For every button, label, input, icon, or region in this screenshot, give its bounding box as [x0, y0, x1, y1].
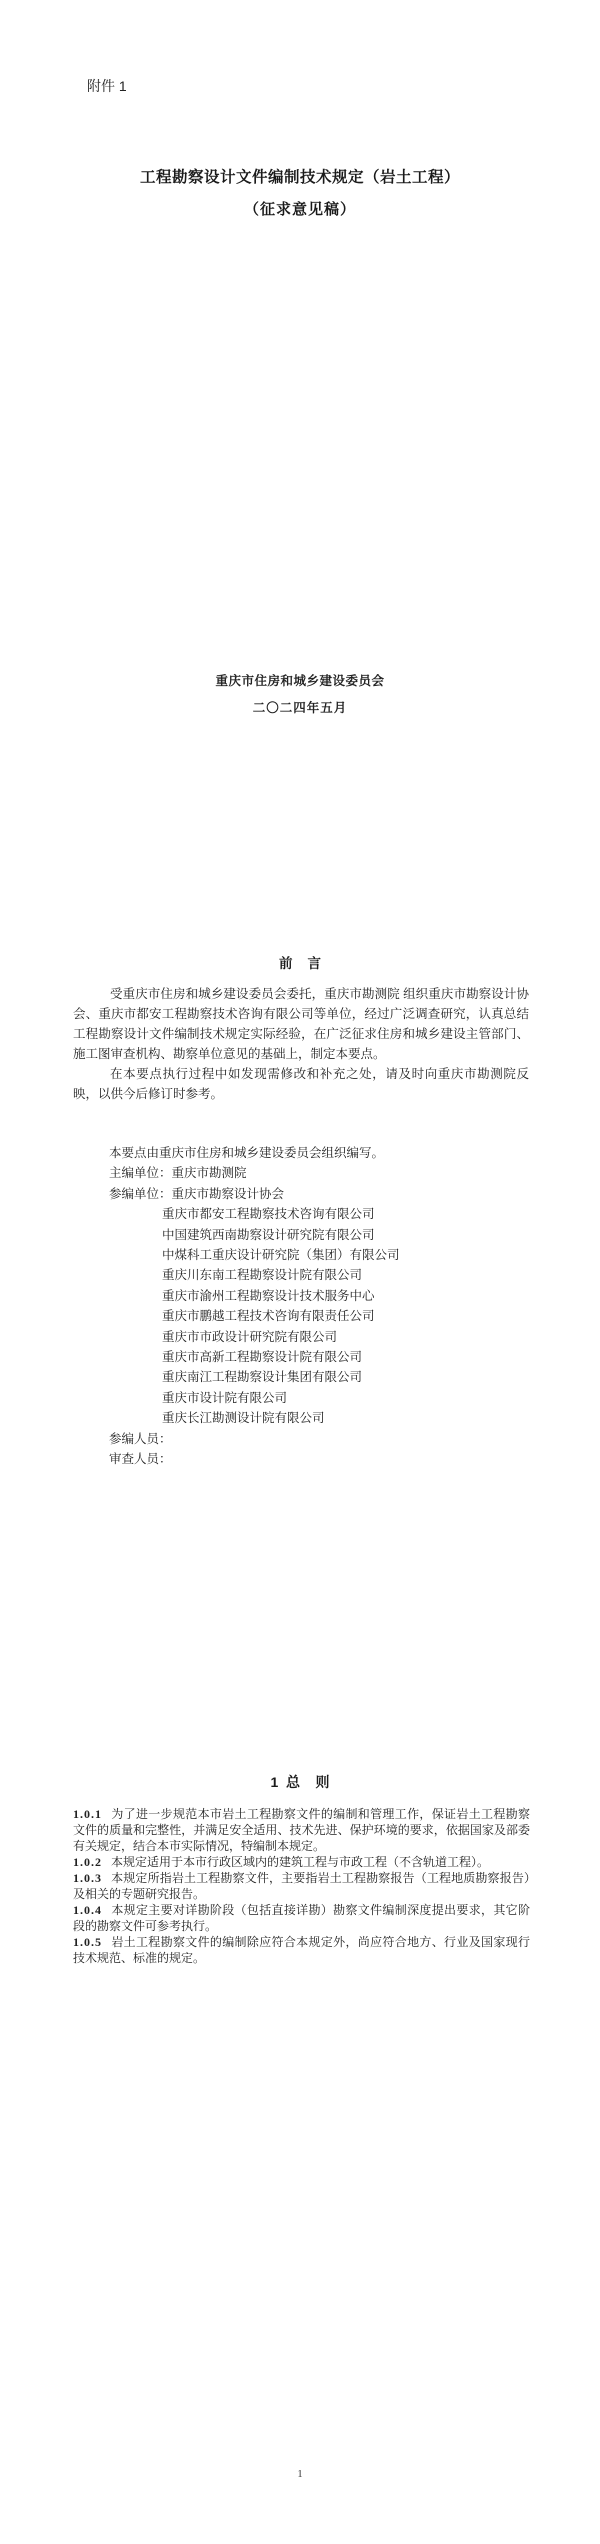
publish-date: 二〇二四年五月: [0, 698, 600, 716]
participant-org: 中煤科工重庆设计研究院（集团）有限公司: [73, 1245, 543, 1265]
participant-org: 重庆市鹏越工程技术咨询有限责任公司: [73, 1306, 543, 1326]
credits-block: 本要点由重庆市住房和城乡建设委员会组织编写。 主编单位：重庆市勘测院 参编单位：…: [73, 1143, 543, 1470]
clause-text: 岩土工程勘察文件的编制除应符合本规定外，尚应符合地方、行业及国家现行技术规范、标…: [73, 1935, 530, 1965]
clause-1-0-3: 1.0.3本规定所指岩土工程勘察文件，主要指岩土工程勘察报告（工程地质勘察报告）…: [73, 1870, 530, 1902]
clause-1-0-5: 1.0.5岩土工程勘察文件的编制除应符合本规定外，尚应符合地方、行业及国家现行技…: [73, 1934, 530, 1966]
chief-editor-line: 主编单位：重庆市勘测院: [73, 1163, 543, 1183]
participant-org: 重庆市都安工程勘察技术咨询有限公司: [73, 1204, 543, 1224]
preface-paragraph: 受重庆市住房和城乡建设委员会委托，重庆市勘测院 组织重庆市勘察设计协会、重庆市都…: [73, 984, 529, 1064]
chief-editor-value: 重庆市勘测院: [172, 1166, 247, 1180]
attachment-label: 附件 1: [87, 76, 127, 96]
chief-editor-label: 主编单位：: [109, 1166, 172, 1180]
document-page: 附件 1 工程勘察设计文件编制技术规定（岩土工程） （征求意见稿） 重庆市住房和…: [0, 0, 600, 2544]
preface-heading: 前 言: [0, 952, 600, 972]
publisher-name: 重庆市住房和城乡建设委员会: [0, 671, 600, 689]
clause-number: 1.0.4: [73, 1903, 102, 1917]
clause-number: 1.0.1: [73, 1807, 102, 1821]
document-title: 工程勘察设计文件编制技术规定（岩土工程）: [0, 165, 600, 187]
participant-org: 重庆市高新工程勘察设计院有限公司: [73, 1347, 543, 1367]
staff-label-line: 参编人员：: [73, 1429, 543, 1449]
preface-body: 受重庆市住房和城乡建设委员会委托，重庆市勘测院 组织重庆市勘察设计协会、重庆市都…: [73, 984, 529, 1104]
page-number: 1: [0, 2469, 600, 2480]
clause-text: 本规定主要对详勘阶段（包括直接详勘）勘察文件编制深度提出要求，其它阶段的勘察文件…: [73, 1903, 530, 1933]
section-1-heading: 1 总 则: [0, 1772, 600, 1792]
section-1-clauses: 1.0.1为了进一步规范本市岩土工程勘察文件的编制和管理工作，保证岩土工程勘察文…: [73, 1806, 530, 1966]
participant-org: 重庆市市政设计研究院有限公司: [73, 1327, 543, 1347]
clause-number: 1.0.5: [73, 1935, 102, 1949]
clause-1-0-4: 1.0.4本规定主要对详勘阶段（包括直接详勘）勘察文件编制深度提出要求，其它阶段…: [73, 1902, 530, 1934]
clause-1-0-1: 1.0.1为了进一步规范本市岩土工程勘察文件的编制和管理工作，保证岩土工程勘察文…: [73, 1806, 530, 1854]
preface-paragraph: 在本要点执行过程中如发现需修改和补充之处，请及时向重庆市勘测院反映，以供今后修订…: [73, 1064, 529, 1104]
participant-org: 重庆南江工程勘察设计集团有限公司: [73, 1367, 543, 1387]
compiled-by-line: 本要点由重庆市住房和城乡建设委员会组织编写。: [73, 1143, 543, 1163]
participant-org: 重庆长江勘测设计院有限公司: [73, 1408, 543, 1428]
clause-number: 1.0.2: [73, 1855, 102, 1869]
document-subtitle: （征求意见稿）: [0, 198, 600, 219]
clause-text: 本规定适用于本市行政区域内的建筑工程与市政工程（不含轨道工程）。: [111, 1855, 489, 1869]
participant-org: 中国建筑西南勘察设计研究院有限公司: [73, 1225, 543, 1245]
clause-text: 为了进一步规范本市岩土工程勘察文件的编制和管理工作，保证岩土工程勘察文件的质量和…: [73, 1807, 530, 1853]
participant-org: 重庆川东南工程勘察设计院有限公司: [73, 1265, 543, 1285]
clause-1-0-2: 1.0.2本规定适用于本市行政区域内的建筑工程与市政工程（不含轨道工程）。: [73, 1854, 530, 1870]
participant-org: 重庆市勘察设计协会: [172, 1187, 285, 1201]
clause-text: 本规定所指岩土工程勘察文件，主要指岩土工程勘察报告（工程地质勘察报告）及相关的专…: [73, 1871, 530, 1901]
participant-org: 重庆市设计院有限公司: [73, 1388, 543, 1408]
clause-number: 1.0.3: [73, 1871, 102, 1885]
participants-label: 参编单位：: [109, 1187, 172, 1201]
participant-org: 重庆市渝州工程勘察设计技术服务中心: [73, 1286, 543, 1306]
reviewers-label-line: 审查人员：: [73, 1449, 543, 1469]
participants-first-line: 参编单位：重庆市勘察设计协会: [73, 1184, 543, 1204]
